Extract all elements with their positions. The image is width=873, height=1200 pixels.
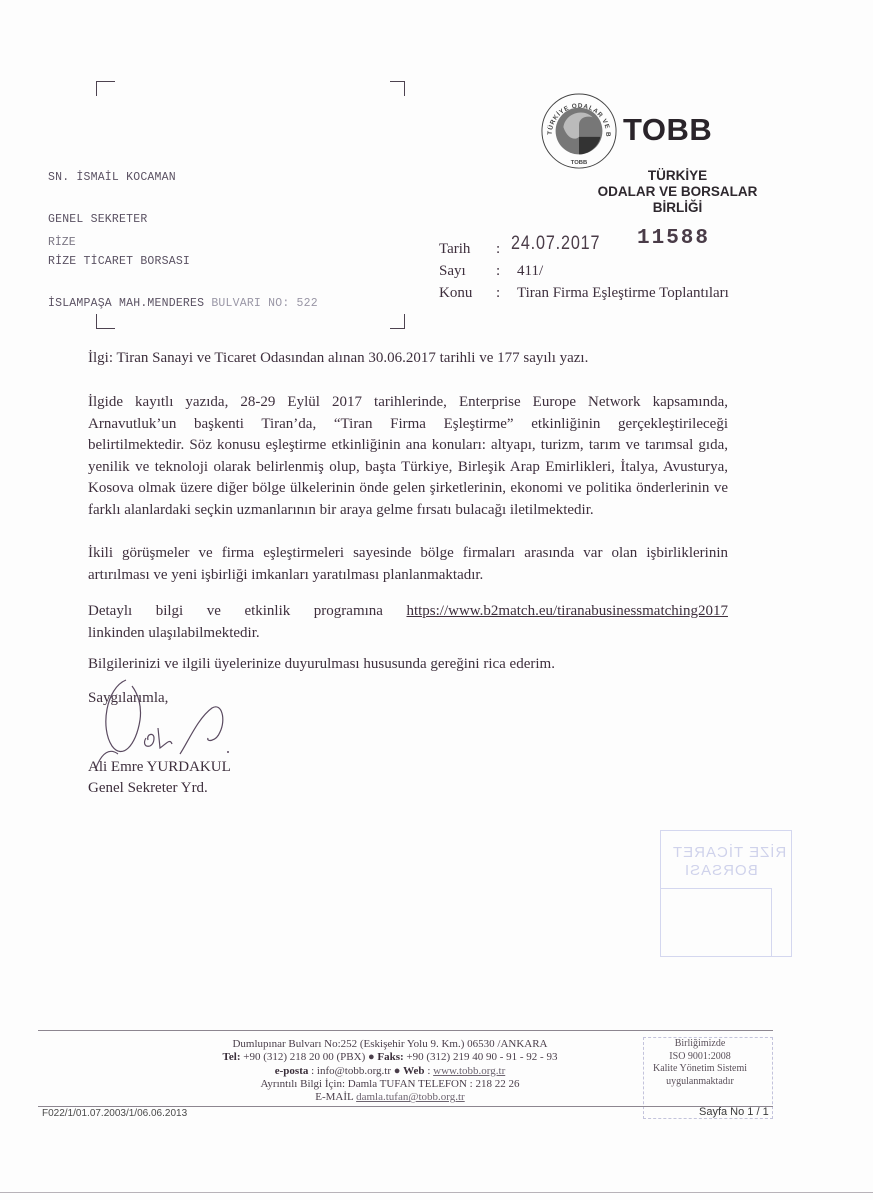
footer-divider-bottom: [38, 1106, 773, 1107]
page-number: Sayfa No 1 / 1: [699, 1106, 769, 1118]
tobb-seal-icon: TÜRKİYE ODALAR VE BORSALAR BİRLİĞİ TOBB: [540, 92, 618, 170]
addressee-block: SN. İSMAİL KOCAMAN GENEL SEKRETER RİZE T…: [48, 143, 318, 325]
addressee-line: SN. İSMAİL KOCAMAN: [48, 171, 318, 185]
signer-title: Genel Sekreter Yrd.: [88, 778, 231, 799]
svg-text:TOBB: TOBB: [571, 160, 587, 166]
corner-mark-top-right: [390, 81, 405, 96]
reference-line: İlgi: Tiran Sanayi ve Ticaret Odasından …: [88, 348, 728, 370]
addressee-city: RİZE: [48, 236, 76, 249]
addressee-address: İSLAMPAŞA MAH.MENDERES BULVARI NO: 522: [48, 297, 318, 311]
signer-block: Ali Emre YURDAKUL Genel Sekreter Yrd.: [88, 757, 231, 799]
addressee-line: GENEL SEKRETER: [48, 213, 318, 227]
iso-notice: Birliğimizde ISO 9001:2008 Kalite Yöneti…: [640, 1038, 760, 1088]
date-stamp: 24.07.2017: [511, 233, 600, 255]
body-paragraph-2: İkili görüşmeler ve firma eşleştirmeleri…: [88, 543, 728, 586]
body-paragraph-1: İlgide kayıtlı yazıda, 28-29 Eylül 2017 …: [88, 392, 728, 521]
organization-name: TÜRKİYE ODALAR VE BORSALAR BİRLİĞİ: [585, 168, 770, 216]
registry-number-stamp: 11588: [637, 227, 710, 250]
form-code: F022/1/01.07.2003/1/06.06.2013: [42, 1108, 187, 1119]
email-link[interactable]: damla.tufan@tobb.org.tr: [356, 1091, 465, 1103]
footer-divider-top: [38, 1030, 773, 1031]
footer-contact: Dumlupınar Bulvarı No:252 (Eskişehir Yol…: [190, 1038, 590, 1104]
corner-mark-bottom-right: [390, 314, 405, 329]
body-paragraph-3: Detaylı bilgi ve etkinlik programına htt…: [88, 601, 728, 644]
web-link[interactable]: www.tobb.org.tr: [433, 1065, 505, 1077]
page-edge: [0, 1192, 873, 1193]
signer-name: Ali Emre YURDAKUL: [88, 757, 231, 778]
received-stamp: RİZE TİCARET BORSASI: [650, 830, 800, 960]
corner-mark-top-left: [96, 81, 115, 96]
event-link[interactable]: https://www.b2match.eu/tiranabusinessmat…: [406, 601, 727, 623]
addressee-line: RİZE TİCARET BORSASI: [48, 255, 318, 269]
tobb-wordmark: TOBB: [623, 112, 712, 148]
